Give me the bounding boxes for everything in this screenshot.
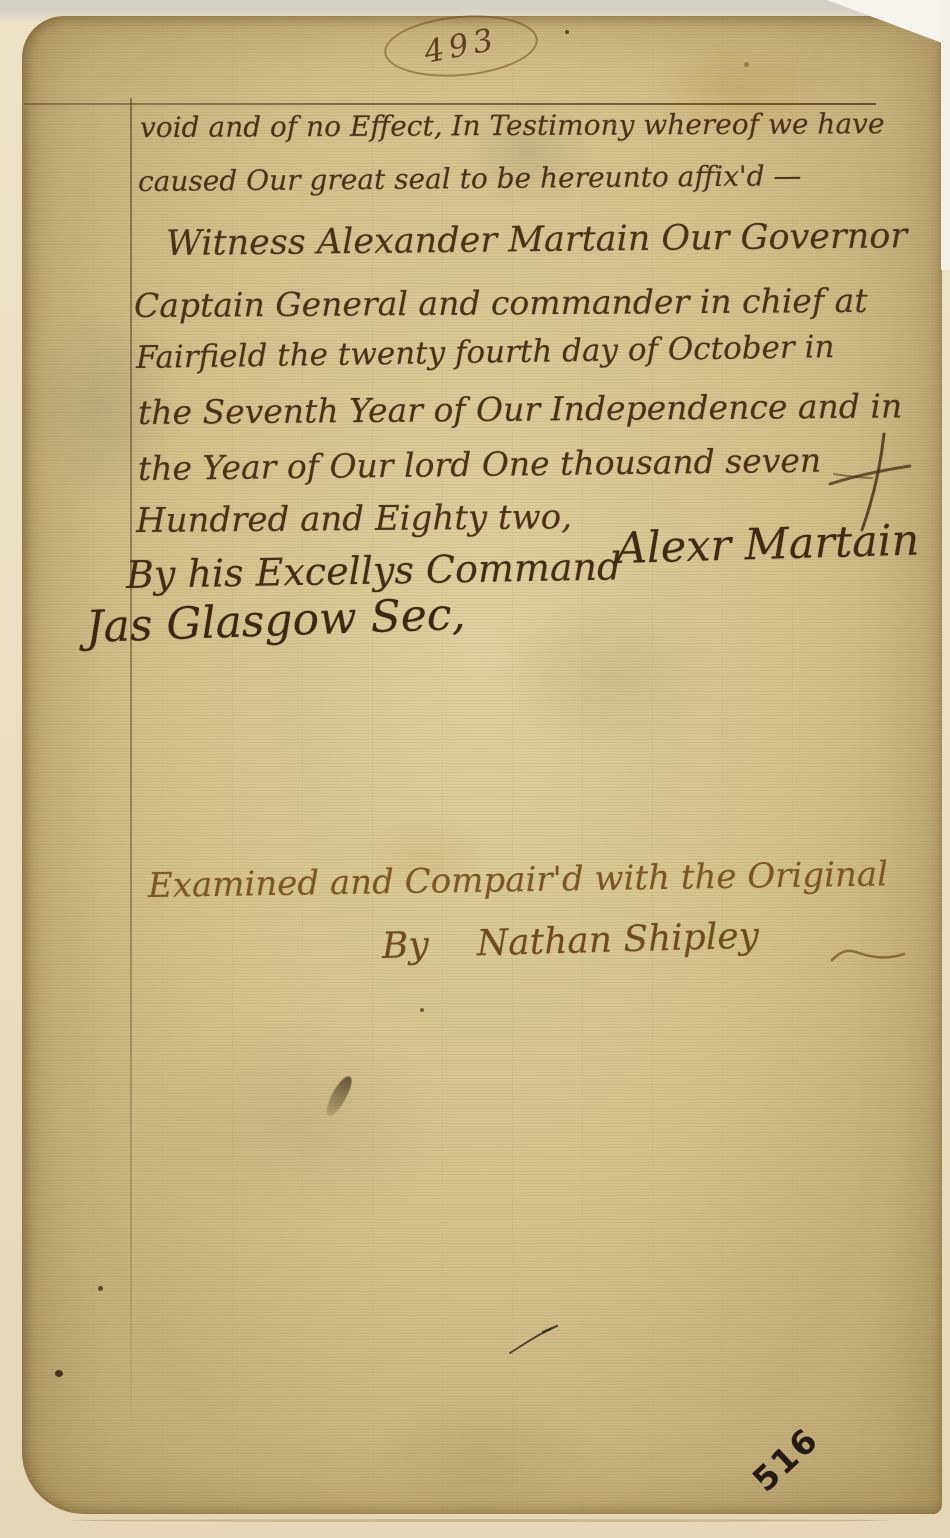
examiner-signature: Nathan Shipley (476, 915, 759, 964)
signature-gap (429, 955, 477, 956)
manuscript-line-7: the Year of Our lord One thousand seven (138, 444, 822, 485)
ink-speck (565, 30, 569, 34)
manuscript-line-8: Hundred and Eighty two, (136, 500, 572, 538)
manuscript-line-3-witness-clause: Witness Alexander Martain Our Governor (166, 219, 907, 262)
manuscript-scan: 493 void and of no Effect, In Testimony … (0, 0, 950, 1538)
command-line: By his Excellys Command (126, 547, 622, 594)
manuscript-line-2: caused Our great seal to be hereunto aff… (138, 162, 802, 196)
page-curl-crease (70, 1519, 890, 1522)
attestation-by-label: By (381, 925, 429, 967)
ink-speck (55, 1370, 63, 1377)
margin-rule-horizontal (24, 103, 876, 105)
pen-stroke-mark (505, 1318, 567, 1360)
manuscript-line-1: void and of no Effect, In Testimony wher… (140, 110, 885, 142)
page-edge-right (941, 0, 950, 270)
cross-flourish-mark (826, 430, 916, 535)
margin-rule-vertical (130, 98, 132, 1450)
ink-speck (420, 1008, 424, 1012)
signature-flourish (828, 938, 908, 978)
ink-speck (98, 1286, 103, 1291)
ink-speck (612, 122, 616, 126)
manuscript-line-4: Captain General and commander in chief a… (134, 284, 868, 322)
page-number-top: 493 (421, 21, 501, 70)
manuscript-line-6: the Seventh Year of Our Independence and… (138, 389, 903, 429)
stain-speck (744, 62, 749, 67)
secretary-signature: Jas Glasgow Sec, (85, 593, 466, 650)
